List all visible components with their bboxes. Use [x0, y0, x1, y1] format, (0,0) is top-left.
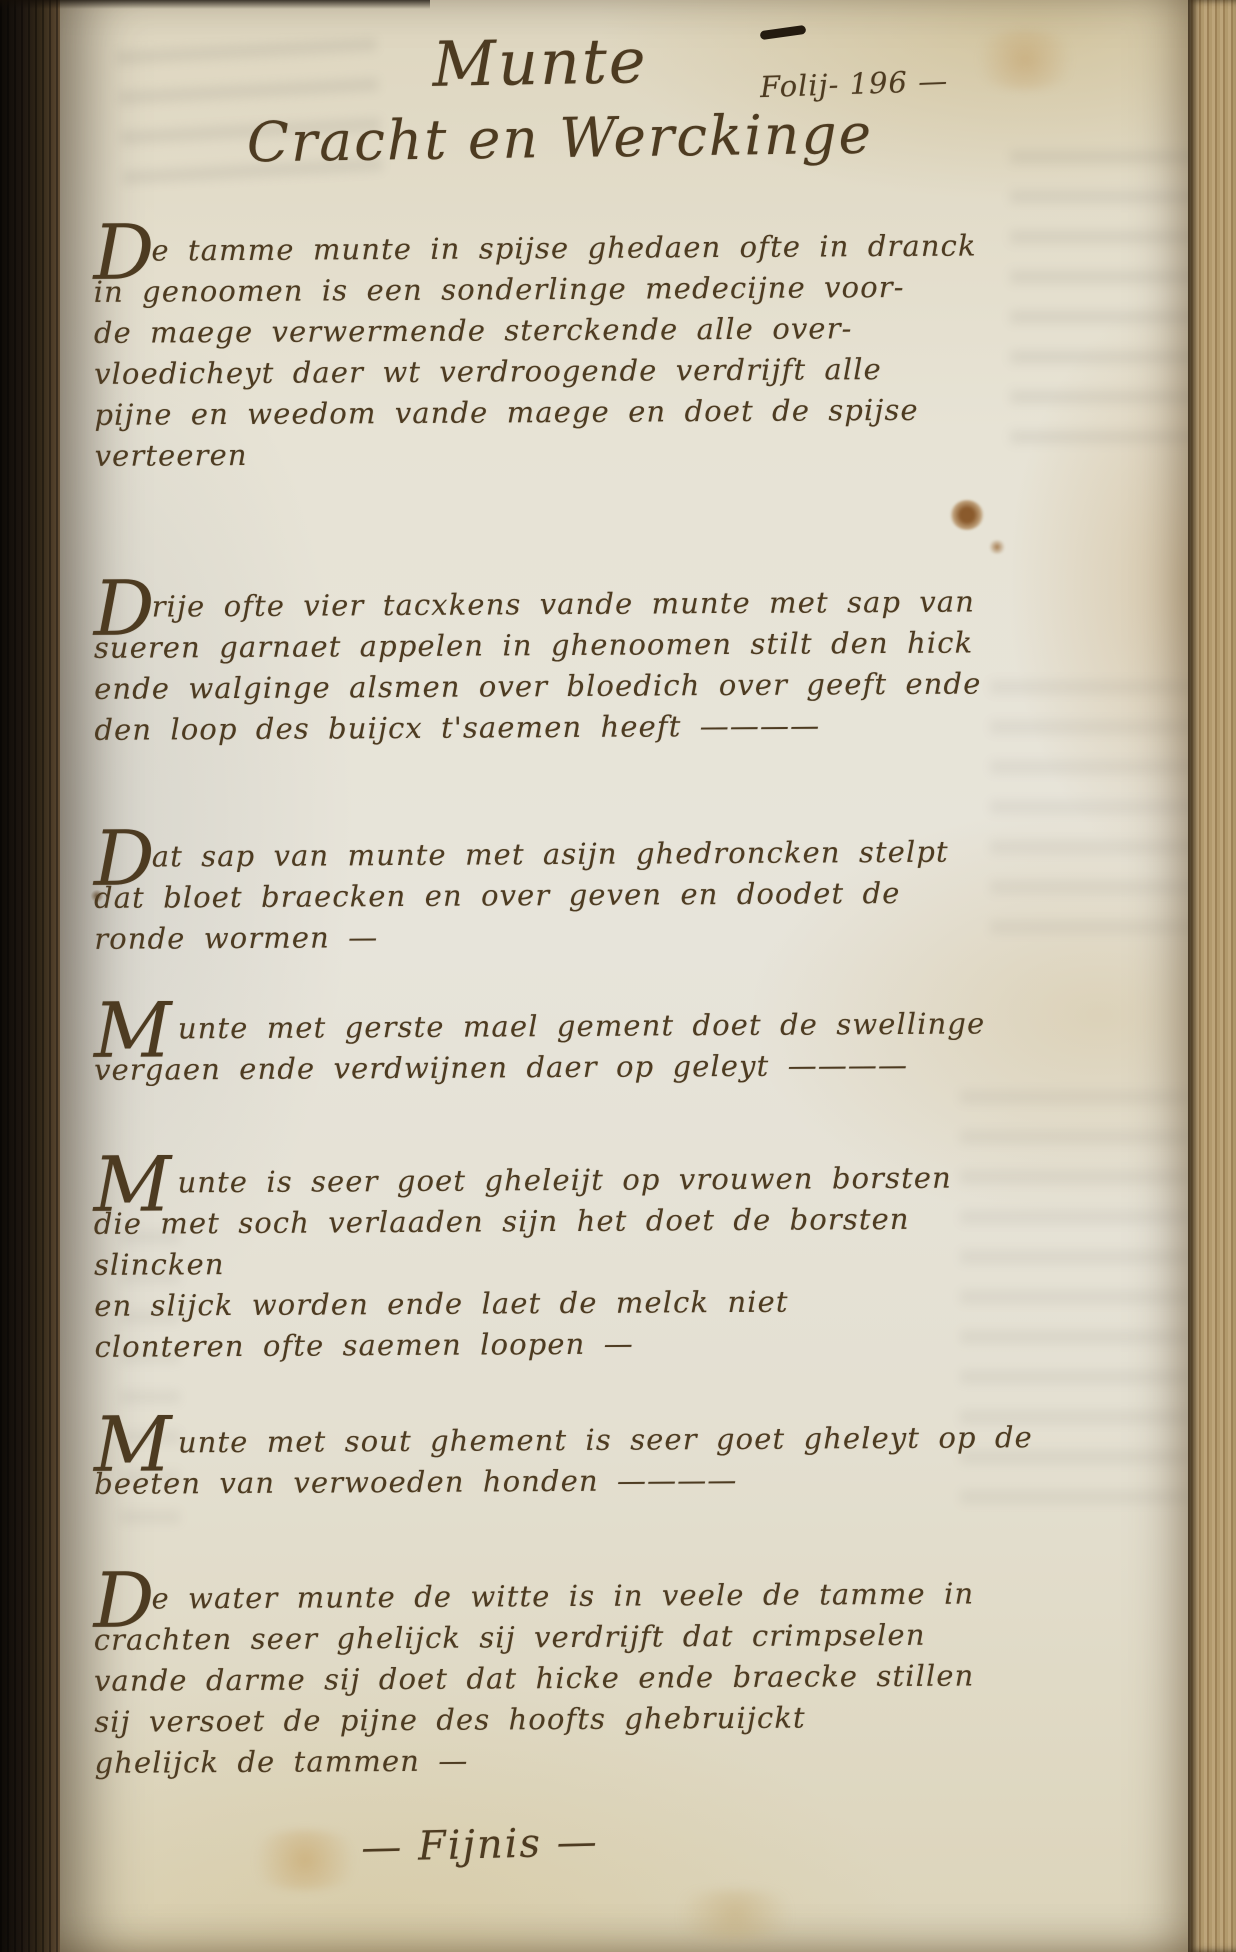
- paragraph-initial: M: [94, 1422, 178, 1463]
- paragraph-initial: M: [94, 1008, 178, 1049]
- folio-number: Folij- 196 —: [759, 62, 1000, 104]
- paragraph-initial: D: [93, 1579, 151, 1619]
- top-edge-shadow: [0, 0, 430, 9]
- paragraph-6: Munte met sout ghement is seer goet ghel…: [94, 1417, 1040, 1505]
- manuscript-photo: Munte Folij- 196 — Cracht en Werckinge D…: [0, 0, 1236, 1952]
- paragraph-text: unte is seer goet gheleijt op vrouwen bo…: [94, 1161, 952, 1364]
- paragraph-3: Dat sap van munte met asijn ghedroncken …: [94, 831, 1041, 960]
- page-edge-stack: [1188, 0, 1236, 1952]
- rust-stain: [988, 540, 1006, 554]
- paragraph-initial: D: [94, 587, 152, 627]
- paragraph-5: Munte is seer goet gheleijt op vrouwen b…: [93, 1157, 1040, 1368]
- paragraph-7: De water munte de witte is in veele de t…: [93, 1573, 1040, 1784]
- page-title: Munte: [309, 22, 770, 103]
- paragraph-text: unte met sout ghement is seer goet ghele…: [94, 1420, 1033, 1501]
- paragraph-text: at sap van munte met asijn ghedroncken s…: [94, 835, 949, 956]
- paragraph-text: unte met gerste mael gement doet de swel…: [94, 1006, 985, 1086]
- paragraph-text: e water munte de witte is in veele de ta…: [94, 1577, 975, 1780]
- paragraph-text: rije ofte vier tacxkens vande munte met …: [94, 585, 982, 747]
- paragraph-2: Drije ofte vier tacxkens vande munte met…: [94, 581, 1041, 751]
- rust-stain: [950, 500, 984, 530]
- paragraph-initial: D: [93, 231, 151, 271]
- finis-mark: — Fijnis —: [279, 1817, 680, 1873]
- manuscript-page: Munte Folij- 196 — Cracht en Werckinge D…: [60, 0, 1190, 1952]
- paragraph-1: De tamme munte in spijse ghedaen ofte in…: [93, 225, 1040, 477]
- paragraph-text: e tamme munte in spijse ghedaen ofte in …: [94, 228, 977, 472]
- paragraph-4: Munte met gerste mael gement doet de swe…: [94, 1003, 1040, 1091]
- page-subtitle: Cracht en Werckinge: [180, 101, 941, 176]
- paragraph-initial: M: [93, 1162, 177, 1203]
- paragraph-initial: D: [94, 837, 152, 877]
- paper-stain: [660, 1890, 810, 1940]
